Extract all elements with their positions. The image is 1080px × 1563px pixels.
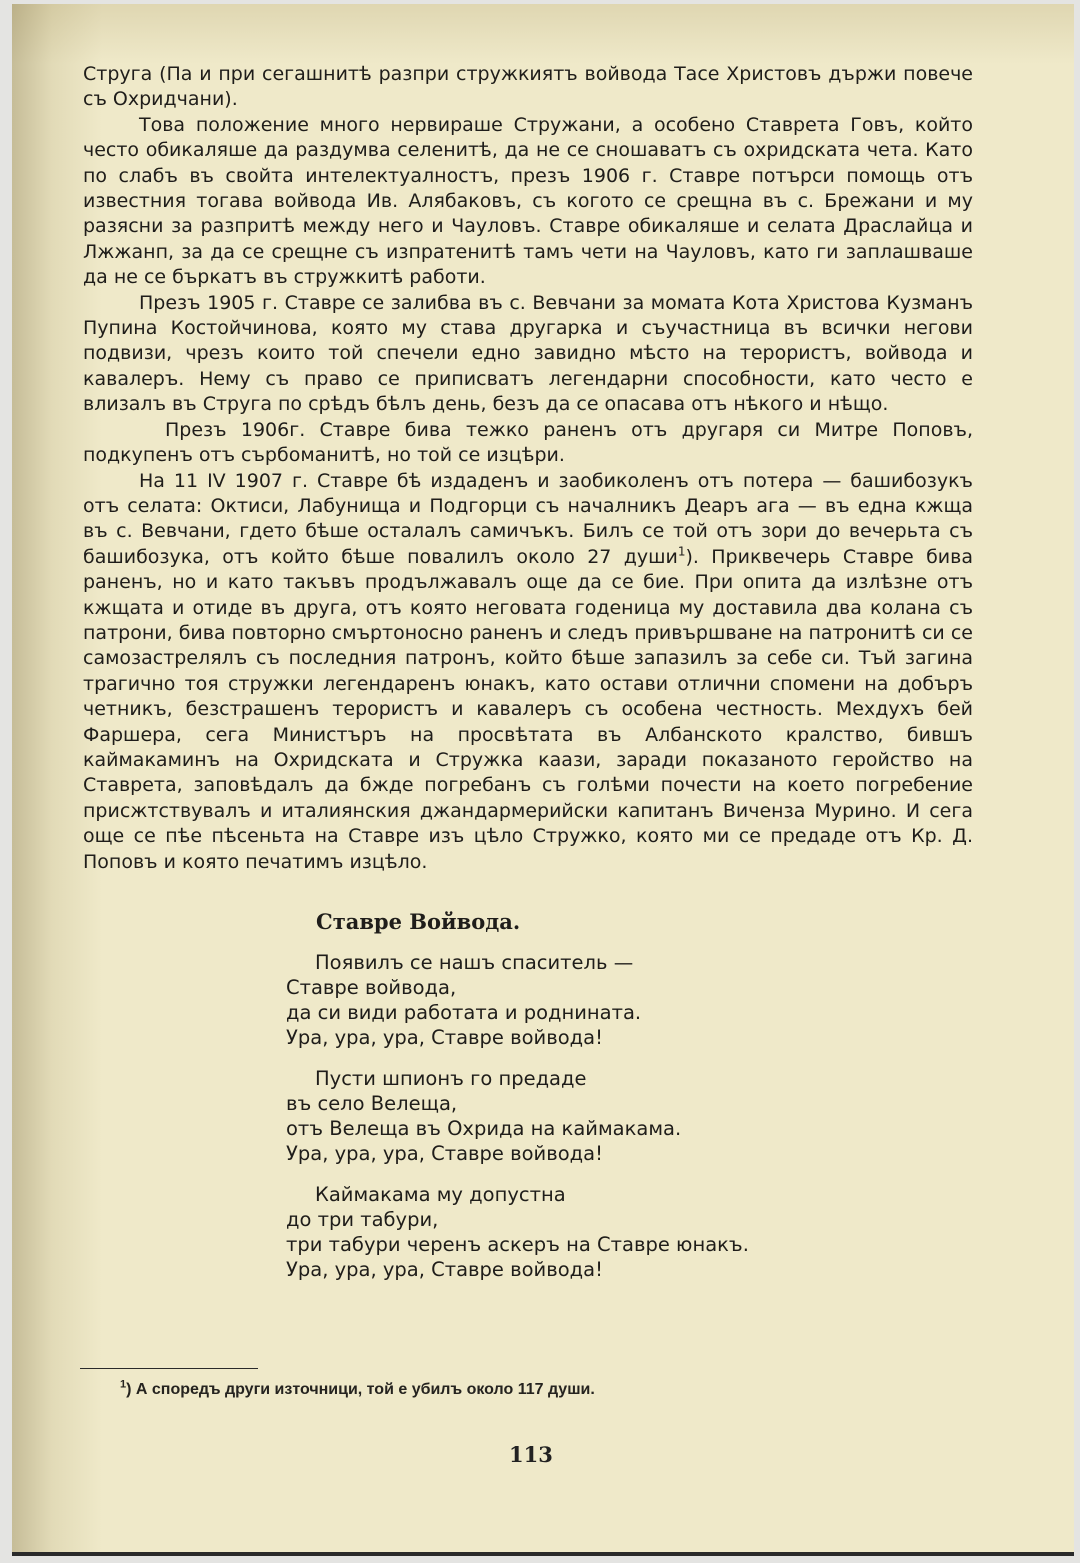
poem-line: Пусти шпионъ го предаде <box>286 1066 973 1091</box>
paragraph: Това положение много нервираше Стружани,… <box>83 113 973 291</box>
stanza: Каймакама му допустна до три табури, три… <box>286 1182 973 1282</box>
song-poem: Появилъ се нашъ спаситель — Ставре войво… <box>286 950 973 1282</box>
footnote-divider <box>80 1368 258 1369</box>
paragraph-text: ). Приквечерь Ставре бива раненъ, но и к… <box>83 546 973 873</box>
stanza: Появилъ се нашъ спаситель — Ставре войво… <box>286 950 973 1050</box>
stanza: Пусти шпионъ го предаде въ село Велеща, … <box>286 1066 973 1166</box>
poem-line: въ село Велеща, <box>286 1091 973 1116</box>
poem-line: отъ Велеща въ Охрида на каймакама. <box>286 1116 973 1141</box>
poem-line: да си види работата и роднината. <box>286 1000 973 1025</box>
poem-line: Ставре войвода, <box>286 975 973 1000</box>
paragraph: Презъ 1905 г. Ставре се залибва въ с. Ве… <box>83 291 973 418</box>
poem-line: Каймакама му допустна <box>286 1182 973 1207</box>
footnote-text: ) А споредъ други източници, той е убилъ… <box>126 1381 595 1398</box>
poem-line: Ура, ура, ура, Ставре войвода! <box>286 1141 973 1166</box>
paragraph: Презъ 1906г. Ставре бива тежко раненъ от… <box>83 418 973 469</box>
poem-line: Ура, ура, ура, Ставре войвода! <box>286 1257 973 1282</box>
body-text: Струга (Па и при сегашнитѣ разпри стружк… <box>83 62 973 1282</box>
footnote: 1) А споредъ други източници, той е убил… <box>120 1381 595 1399</box>
poem-line: Ура, ура, ура, Ставре войвода! <box>286 1025 973 1050</box>
paragraph: Струга (Па и при сегашнитѣ разпри стружк… <box>83 62 973 113</box>
book-page: Струга (Па и при сегашнитѣ разпри стружк… <box>12 4 1074 1556</box>
paragraph: На 11 IV 1907 г. Ставре бѣ издаденъ и за… <box>83 469 973 876</box>
song-title: Ставре Войвода. <box>316 909 973 935</box>
page-number: 113 <box>509 1442 553 1467</box>
poem-line: до три табури, <box>286 1207 973 1232</box>
poem-line: Появилъ се нашъ спаситель — <box>286 950 973 975</box>
poem-line: три табури черенъ аскеръ на Ставре юнакъ… <box>286 1232 973 1257</box>
